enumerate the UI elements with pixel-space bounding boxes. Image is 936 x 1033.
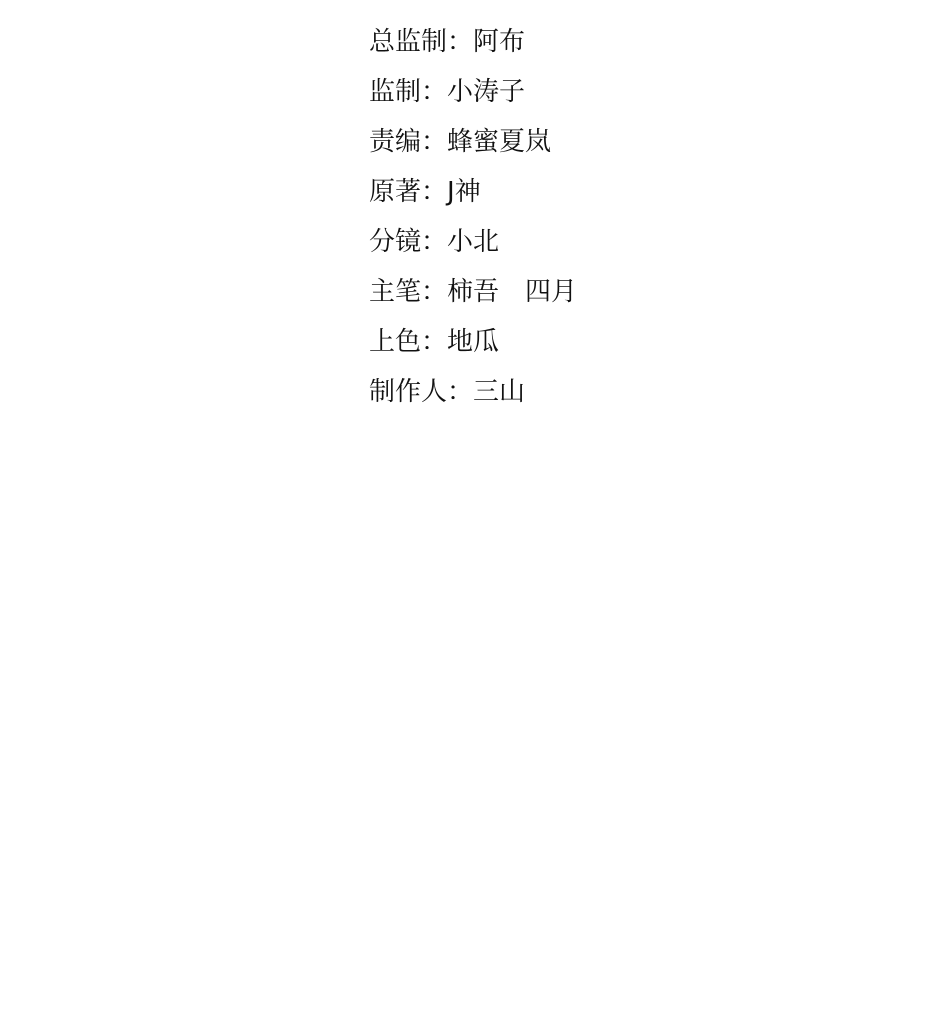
credit-role: 上色 — [369, 324, 421, 360]
credit-separator: ： — [421, 74, 447, 110]
credit-separator: ： — [421, 274, 447, 310]
credit-name: 地瓜 — [447, 324, 499, 360]
credit-name: 小北 — [447, 224, 499, 260]
credit-separator: ： — [421, 324, 447, 360]
credits-list: 总监制：阿布 监制：小涛子 责编：蜂蜜夏岚 原著：J神 分镜：小北 主笔：柿吾 … — [369, 24, 577, 424]
credit-role: 监制 — [369, 74, 421, 110]
credit-name: 小涛子 — [447, 74, 525, 110]
credit-name: 三山 — [473, 374, 525, 410]
credit-separator: ： — [421, 124, 447, 160]
credit-line-chief-supervisor: 总监制：阿布 — [369, 24, 577, 74]
credit-name: J神 — [447, 174, 481, 210]
credit-name: 阿布 — [473, 24, 525, 60]
credit-separator: ： — [447, 24, 473, 60]
credit-name: 蜂蜜夏岚 — [447, 124, 551, 160]
credit-line-storyboard: 分镜：小北 — [369, 224, 577, 274]
credit-line-colorist: 上色：地瓜 — [369, 324, 577, 374]
credit-role: 主笔 — [369, 274, 421, 310]
credit-separator: ： — [447, 374, 473, 410]
credit-role: 制作人 — [369, 374, 447, 410]
credit-role: 责编 — [369, 124, 421, 160]
credit-role: 总监制 — [369, 24, 447, 60]
credit-line-lead-artist: 主笔：柿吾 四月 — [369, 274, 577, 324]
credit-role: 分镜 — [369, 224, 421, 260]
credit-separator: ： — [421, 174, 447, 210]
credit-name: 柿吾 四月 — [447, 274, 577, 310]
credit-line-original-author: 原著：J神 — [369, 174, 577, 224]
credit-line-editor: 责编：蜂蜜夏岚 — [369, 124, 577, 174]
credit-role: 原著 — [369, 174, 421, 210]
credit-line-producer: 制作人：三山 — [369, 374, 577, 424]
credit-separator: ： — [421, 224, 447, 260]
credit-line-supervisor: 监制：小涛子 — [369, 74, 577, 124]
